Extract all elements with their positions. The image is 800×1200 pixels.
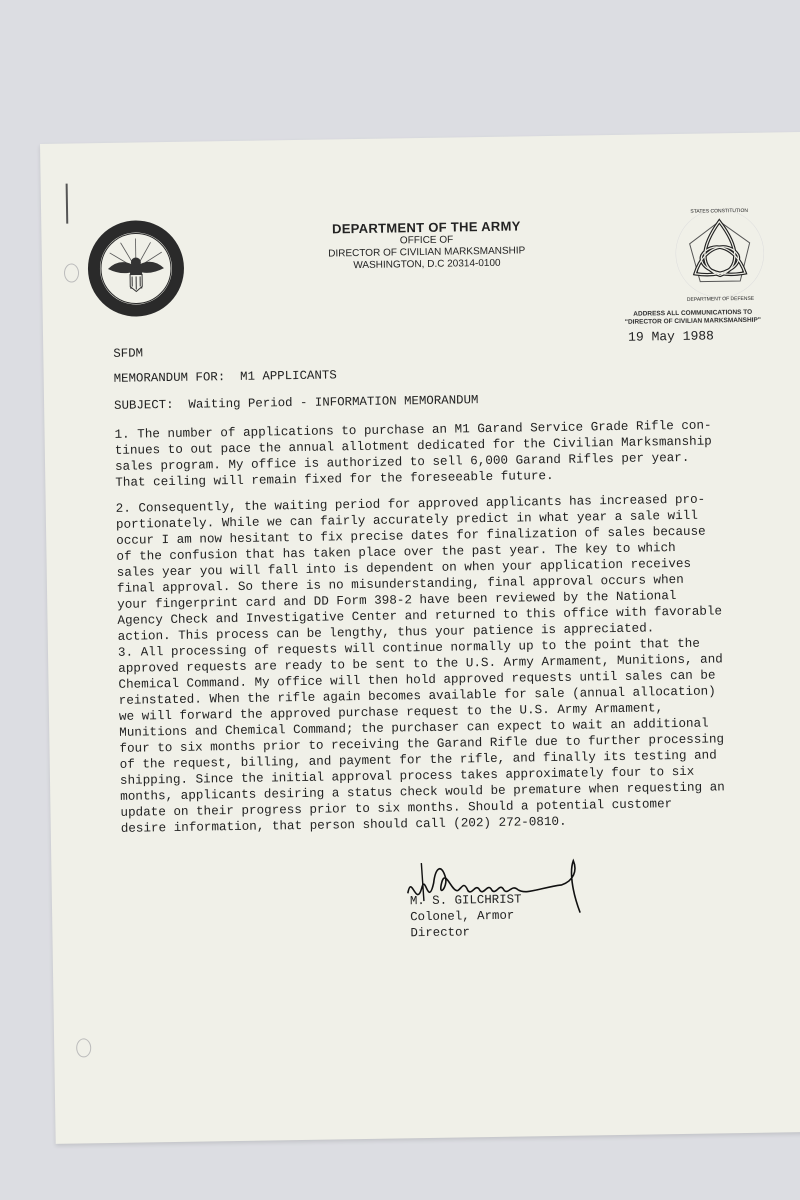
department-of-defense-seal-icon: [85, 218, 187, 320]
signer-name: M. S. GILCHRIST: [410, 892, 522, 910]
memo-subject: SUBJECT: Waiting Period - INFORMATION ME…: [114, 393, 479, 413]
paragraph-1: 1. The number of applications to purchas…: [114, 417, 765, 491]
paragraph-3: 3. All processing of requests will conti…: [118, 635, 771, 837]
signature-block: M. S. GILCHRIST Colonel, Armor Director: [410, 892, 522, 942]
svg-text:STATES CONSTITUTION: STATES CONSTITUTION: [690, 208, 748, 215]
punch-hole-icon: [76, 1038, 91, 1057]
office-symbol: SFDM: [113, 346, 143, 360]
memo-date: 19 May 1988: [628, 328, 714, 344]
signer-rank: Colonel, Armor: [410, 908, 522, 926]
margin-mark: [66, 184, 69, 224]
letterhead: DEPARTMENT OF THE ARMY OFFICE OF DIRECTO…: [311, 218, 542, 273]
paragraph-2: 2. Consequently, the waiting period for …: [116, 491, 768, 645]
constitution-bicentennial-seal-icon: STATES CONSTITUTION DEPARTMENT OF DEFENS…: [669, 203, 771, 305]
address-note: ADDRESS ALL COMMUNICATIONS TO "DIRECTOR …: [583, 308, 800, 327]
punch-hole-icon: [64, 263, 79, 282]
memorandum-for: MEMORANDUM FOR: M1 APPLICANTS: [114, 368, 337, 386]
memorandum-page: DEPARTMENT OF THE ARMY OFFICE OF DIRECTO…: [40, 132, 800, 1144]
signer-title: Director: [410, 924, 522, 942]
svg-text:DEPARTMENT OF DEFENSE: DEPARTMENT OF DEFENSE: [687, 296, 755, 303]
